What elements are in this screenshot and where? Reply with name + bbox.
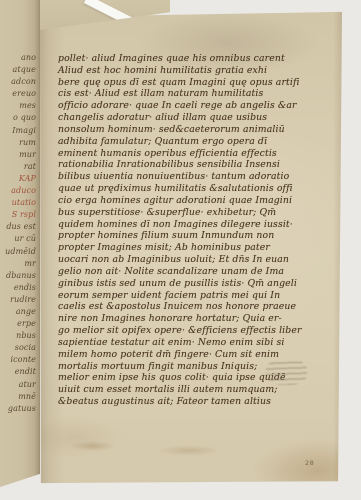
text-line: eorum semper uident faciem patris mei qu… xyxy=(58,290,334,302)
fragment-line: nbus xyxy=(0,330,36,342)
manuscript-photo: anoatqueadconereuomeso quoImagirummurrat… xyxy=(0,0,361,500)
fragment-line: ereuo xyxy=(0,88,36,100)
fragment-line: atque xyxy=(0,64,36,76)
text-line: quidem homines dī non Imagines dilegere … xyxy=(58,219,334,231)
fragment-line-rubric: KAP xyxy=(0,173,36,185)
fragment-line: erpe xyxy=(0,318,36,330)
fragment-line: rudire xyxy=(0,294,36,306)
text-line: nire non Imagines honorare hortatur; Qui… xyxy=(58,313,334,325)
fragment-line: rat xyxy=(0,161,36,173)
text-line: bere quę opus dī est quam Imagini quę op… xyxy=(58,77,334,89)
text-line: propter homines filium suum Inmundum non xyxy=(58,230,334,242)
fragment-line: ange xyxy=(0,306,36,318)
folio-number: 28 xyxy=(305,459,314,467)
fragment-line: o quo xyxy=(0,112,36,124)
text-line: go melior sit opifex opere· &efficiens e… xyxy=(58,325,334,337)
fragment-line: rum xyxy=(0,137,36,149)
fragment-line: mes xyxy=(0,100,36,112)
text-line: Aliud est hoc homini humilitatis gratia … xyxy=(58,65,334,77)
text-line: nonsolum hominum· sed&caeterorum animali… xyxy=(58,124,334,136)
fragment-line-rubric: aduco xyxy=(0,185,36,197)
text-line: cis est· Aliud est illam naturam humilit… xyxy=(58,88,334,100)
text-line: sapientiae testatur ait enim· Nemo enim … xyxy=(58,337,334,349)
fragment-line: iconte xyxy=(0,354,36,366)
fragment-line: mur xyxy=(0,149,36,161)
fragment-line: dus est xyxy=(0,221,36,233)
fragment-line: mr xyxy=(0,258,36,270)
fragment-line: udmēid xyxy=(0,246,36,258)
ink-offset-smudge xyxy=(158,445,220,456)
margin-pencil-note xyxy=(266,359,307,385)
manuscript-page: pollet· aliud Imagines quae his omnibus … xyxy=(36,10,342,485)
fragment-line-rubric: utatio xyxy=(0,197,36,209)
fragment-line-rubric: S rspl xyxy=(0,209,36,221)
fragment-line: dbanus xyxy=(0,270,36,282)
fragment-line: socia xyxy=(0,342,36,354)
text-line: pollet· aliud Imagines quae his omnibus … xyxy=(58,53,334,65)
fragment-line: adcon xyxy=(0,76,36,88)
text-line: uocari non ab Imaginibus uoluit; Et dn̄s… xyxy=(58,254,334,266)
text-line: quae ut prędiximus humilitatis &salutati… xyxy=(58,183,334,195)
ink-offset-smudge xyxy=(70,441,116,451)
fragment-line: ur cū xyxy=(0,233,36,245)
fragment-line: ano xyxy=(0,52,36,64)
text-line: gelio non ait· Nolite scandalizare unam … xyxy=(58,266,334,278)
facing-page-text-fragments: anoatqueadconereuomeso quoImagirummurrat… xyxy=(0,52,36,415)
fragment-line: gatuus xyxy=(0,403,36,415)
fragment-line: mnē xyxy=(0,391,36,403)
fragment-line: endit xyxy=(0,366,36,378)
text-line: &beatus augustinus ait; Fateor tamen alt… xyxy=(58,396,334,408)
facing-page-edge: anoatqueadconereuomeso quoImagirummurrat… xyxy=(0,0,40,491)
fragment-line: endis xyxy=(0,282,36,294)
fragment-line: atur xyxy=(0,379,36,391)
text-line: bus superstitiose· &superflue· exhibetur… xyxy=(58,207,334,219)
text-line: bilibus uiuentia nonuiuentibus· tantum a… xyxy=(58,171,334,183)
text-line: adhibita famulatur; Quantum ergo opera d… xyxy=(58,136,334,148)
fragment-line: Imagi xyxy=(0,125,36,137)
text-line: officio adorare· quae In caeli rege ab a… xyxy=(58,100,334,112)
text-line: changelis adoratur· aliud illam quae usi… xyxy=(58,112,334,124)
text-line: propter Imagines misit; Ab hominibus pat… xyxy=(58,242,334,254)
text-line: uiuit cum esset mortalis illi autem numq… xyxy=(58,384,334,396)
text-line: cio erga homines agitur adorationi quae … xyxy=(58,195,334,207)
text-line: ginibus istis sed unum de pusillis istis… xyxy=(58,278,334,290)
main-text-block: pollet· aliud Imagines quae his omnibus … xyxy=(58,53,334,408)
text-line: eminent humanis operibus efficientia eff… xyxy=(58,148,334,160)
text-line: rationabilia Inrationabilibus sensibilia… xyxy=(58,159,334,171)
text-line: caelis est &apostolus Inuicem nos honore… xyxy=(58,301,334,313)
